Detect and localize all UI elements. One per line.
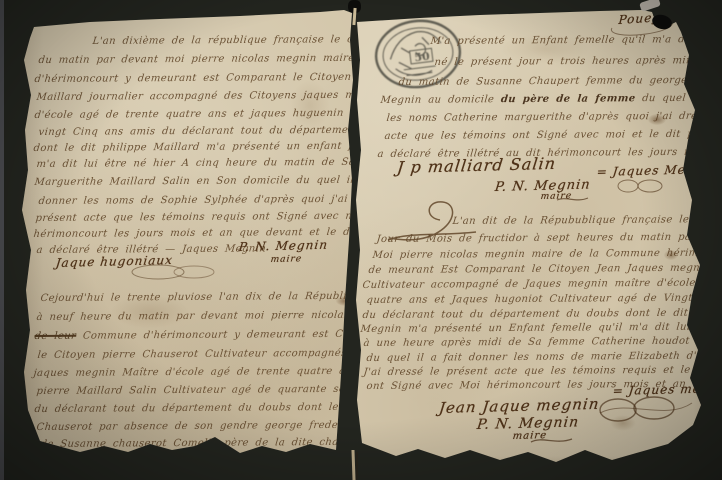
line-post: du quel il a fait donner: [635, 92, 722, 104]
signature-maire-title: maire: [270, 254, 303, 265]
manuscript-line: du matin de Susanne Chaupert femme du ge…: [398, 75, 722, 88]
manuscript-line: dont le dit philippe Maillard m'a présen…: [33, 140, 413, 154]
manuscript-line: d'hérimoncourt y demeurant est Comparant…: [34, 71, 403, 85]
paraph: [556, 194, 590, 204]
signature-maire: P. N. Megnin: [238, 238, 329, 254]
manuscript-line: donner les noms de Sophie Sylphée d'aprè…: [38, 193, 407, 207]
manuscript-line-with-emphasis: Megnin au domicile du père de la femme d…: [380, 92, 722, 106]
manuscript-line: hérimoncourt les jours mois et an que de…: [33, 226, 411, 240]
manuscript-line: les noms Catherine marguerithe d'après q…: [386, 110, 722, 124]
paper-stain: [290, 80, 330, 130]
signature-flourish: [616, 178, 666, 194]
binding-thread-shadow: [356, 452, 358, 480]
manuscript-line: Cultivateur accompagné de Jaques megnin …: [362, 277, 722, 291]
manuscript-line: à une heure après midi de Sa femme Cathe…: [363, 335, 722, 349]
manuscript-line: de meurant Est Comparant le Citoyen Jean…: [368, 263, 711, 276]
scanned-register-photo: L'an dixième de la république française …: [0, 0, 722, 480]
manuscript-line: jaques megnin Maître d'école agé de tren…: [33, 365, 405, 379]
manuscript-line: né le présent jour a trois heures après …: [434, 55, 708, 68]
manuscript-line: du quel il a fait donner les noms de mar…: [366, 350, 722, 364]
manuscript-line: Jour du Mois de fructidor à sept heures …: [376, 231, 722, 245]
manuscript-line: quatre ans et Jaques hugoniot Cultivateu…: [366, 292, 722, 306]
signature-flourish: [128, 262, 220, 282]
manuscript-line: Moi pierre nicolas megnin maire de la Co…: [372, 247, 722, 261]
manuscript-line-with-strikethrough: de leur Commune d'hérimoncourt y demeura…: [34, 328, 396, 342]
signature-witness1: J p malliard Salin: [396, 154, 557, 177]
manuscript-line: acte que les témoins ont Signé avec moi …: [384, 128, 722, 142]
manuscript-line: Marguerithe Maillard Salin en Son domici…: [34, 175, 393, 188]
manuscript-line: présent acte que les témoins requis ont …: [35, 210, 407, 224]
paraph: [530, 434, 574, 446]
manuscript-line: du déclarant tout du département du doub…: [362, 307, 722, 321]
binding-thread-top: [352, 8, 356, 25]
manuscript-line: M'a présenté un Enfant femelle qu'il m'a…: [430, 34, 722, 47]
manuscript-line: L'an dit de la Répubublique française le…: [452, 214, 722, 227]
line-rest: Commune d'hérimoncourt y demeurant est C…: [82, 328, 396, 341]
manuscript-line: Megnin m'a présenté un Enfant femelle qu…: [360, 321, 722, 335]
emphasized-words: du père de la femme: [500, 93, 636, 105]
binding-thread-bottom: [351, 450, 355, 480]
stamp-denomination: 50: [414, 50, 431, 65]
line-pre: Megnin au domicile: [380, 94, 501, 106]
paper-sliver: [639, 0, 661, 12]
manuscript-line: de Susanne chauserot Comelie père de la …: [40, 437, 374, 450]
manuscript-line: du déclarant tout du département du doub…: [34, 401, 401, 415]
manuscript-line: m'a dit lui être né hier A cinq heure du…: [36, 156, 399, 170]
struck-words: de leur: [34, 331, 77, 342]
signature-flourish: [596, 395, 696, 425]
signature-megnin: = Jaques Megnin: [596, 162, 718, 179]
manuscript-line: J'ai dressé le présent acte que les témo…: [363, 364, 722, 378]
